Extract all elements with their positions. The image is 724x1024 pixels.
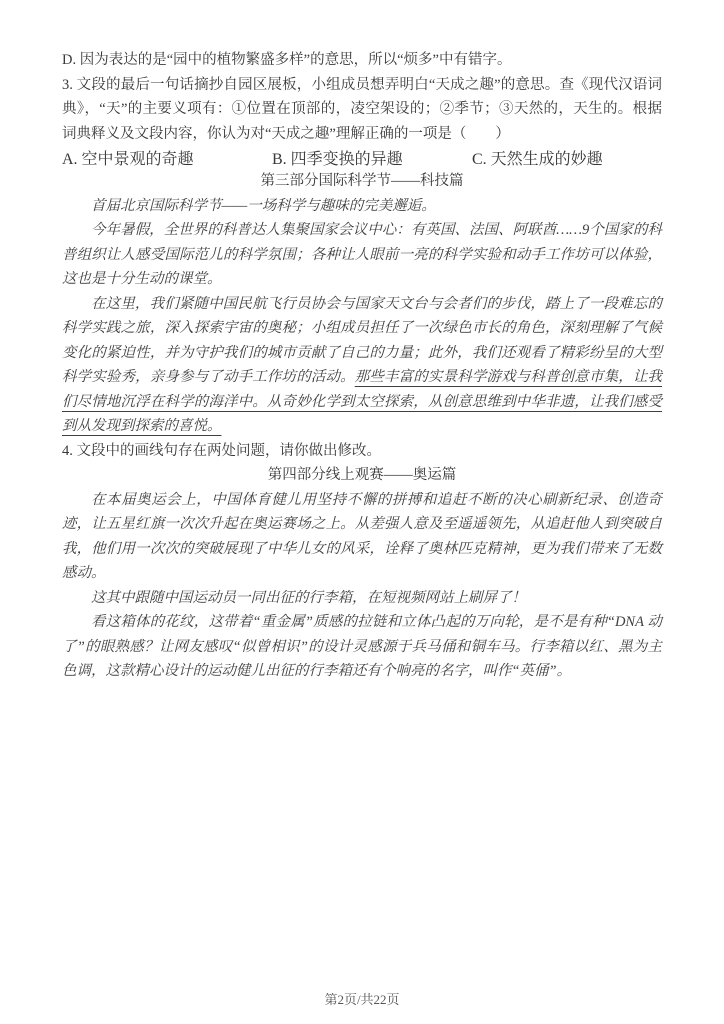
option-d-line: D. 因为表达的是“园中的植物繁盛多样”的意思，所以“烦多”中有错字。: [62, 48, 662, 73]
section4-paragraph-1: 在本届奥运会上，中国体育健儿用坚持不懈的拼搏和追赶不断的决心刷新纪录、创造奇迹，…: [62, 488, 662, 586]
section3-paragraph-2: 今年暑假，全世界的科普达人集聚国家会议中心：有英国、法国、阿联酋……9个国家的科…: [62, 218, 662, 292]
section4-paragraph-2: 这其中跟随中国运动员一同出征的行李箱，在短视频网站上刷屏了！: [62, 586, 662, 611]
option-b: B. 四季变换的异趣: [272, 146, 472, 169]
exam-page: D. 因为表达的是“园中的植物繁盛多样”的意思，所以“烦多”中有错字。 3. 文…: [0, 0, 724, 1024]
section4-paragraph-3: 看这箱体的花纹，这带着“重金属”质感的拉链和立体凸起的万向轮，是不是有种“DNA…: [62, 610, 662, 684]
question-4-text: 4. 文段中的画线句存在两处问题，请你做出修改。: [62, 439, 662, 464]
page-footer: 第2页/共22页: [0, 989, 724, 1008]
question-3-options: A. 空中景观的奇趣 B. 四季变换的异趣 C. 天然生成的妙趣: [62, 146, 662, 169]
question-3-text: 3. 文段的最后一句话摘抄自园区展板，小组成员想弄明白“天成之趣”的意思。查《现…: [62, 73, 662, 147]
section3-paragraph-1: 首届北京国际科学节——一场科学与趣味的完美邂逅。: [62, 194, 662, 219]
option-a: A. 空中景观的奇趣: [62, 146, 272, 169]
page-content: D. 因为表达的是“园中的植物繁盛多样”的意思，所以“烦多”中有错字。 3. 文…: [62, 48, 662, 684]
section3-heading: 第三部分国际科学节——科技篇: [62, 169, 662, 194]
option-c: C. 天然生成的妙趣: [472, 146, 662, 169]
section3-paragraph-3: 在这里，我们紧随中国民航飞行员协会与国家天文台与会者们的步伐，踏上了一段难忘的科…: [62, 292, 662, 439]
section4-heading: 第四部分线上观赛——奥运篇: [62, 463, 662, 488]
